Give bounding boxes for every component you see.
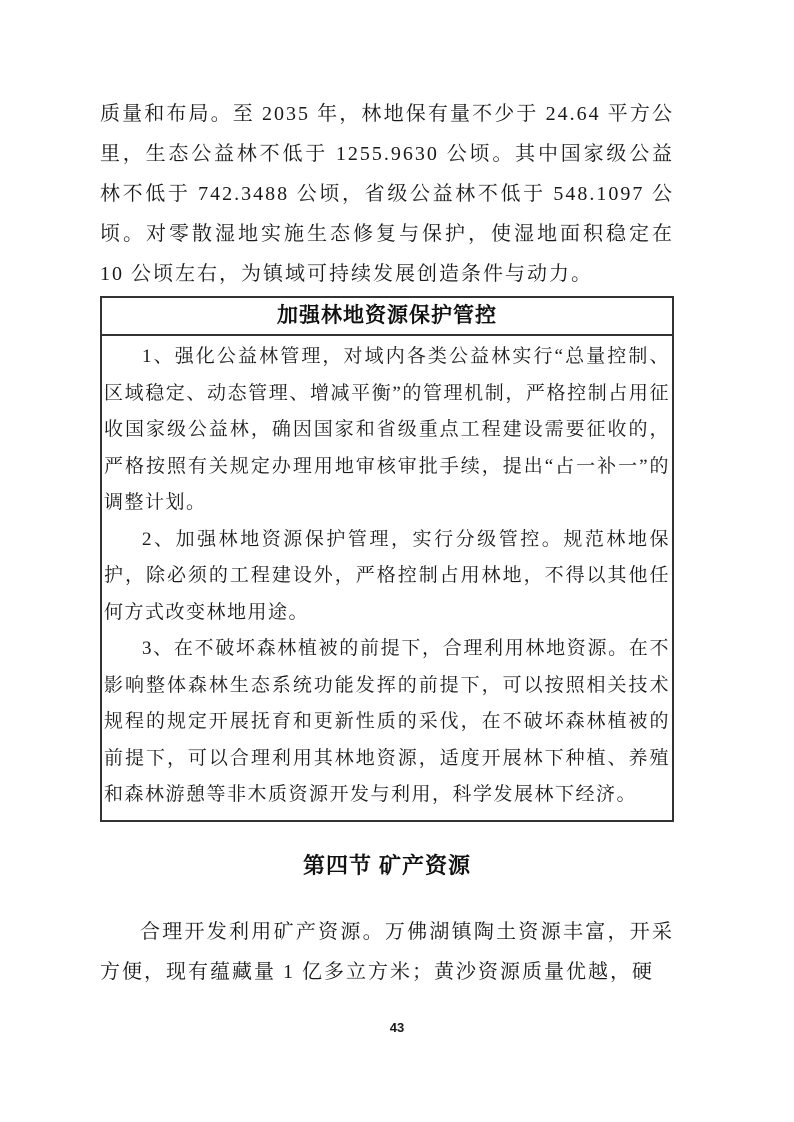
regulation-item-2: 2、加强林地资源保护管理，实行分级管控。规范林地保护，除必须的工程建设外，严格控… bbox=[104, 522, 670, 632]
regulation-box: 加强林地资源保护管控 1、强化公益林管理，对域内各类公益林实行“总量控制、区域稳… bbox=[100, 296, 674, 822]
document-page: 质量和布局。至 2035 年，林地保有量不少于 24.64 平方公里，生态公益林… bbox=[0, 0, 794, 1122]
regulation-box-body: 1、强化公益林管理，对域内各类公益林实行“总量控制、区域稳定、动态管理、增减平衡… bbox=[102, 336, 672, 820]
regulation-item-3: 3、在不破坏森林植被的前提下，合理利用林地资源。在不影响整体森林生态系统功能发挥… bbox=[104, 631, 670, 814]
mineral-paragraph: 合理开发利用矿产资源。万佛湖镇陶土资源丰富，开采方便，现有蕴藏量 1 亿多立方米… bbox=[100, 912, 674, 992]
text-block: 质量和布局。至 2035 年，林地保有量不少于 24.64 平方公里，生态公益林… bbox=[100, 94, 674, 992]
page-number: 43 bbox=[0, 1020, 794, 1035]
section-heading: 第四节 矿产资源 bbox=[100, 850, 674, 882]
regulation-item-1: 1、强化公益林管理，对域内各类公益林实行“总量控制、区域稳定、动态管理、增减平衡… bbox=[104, 339, 670, 522]
regulation-box-title: 加强林地资源保护管控 bbox=[102, 298, 672, 336]
intro-paragraph: 质量和布局。至 2035 年，林地保有量不少于 24.64 平方公里，生态公益林… bbox=[100, 94, 674, 294]
